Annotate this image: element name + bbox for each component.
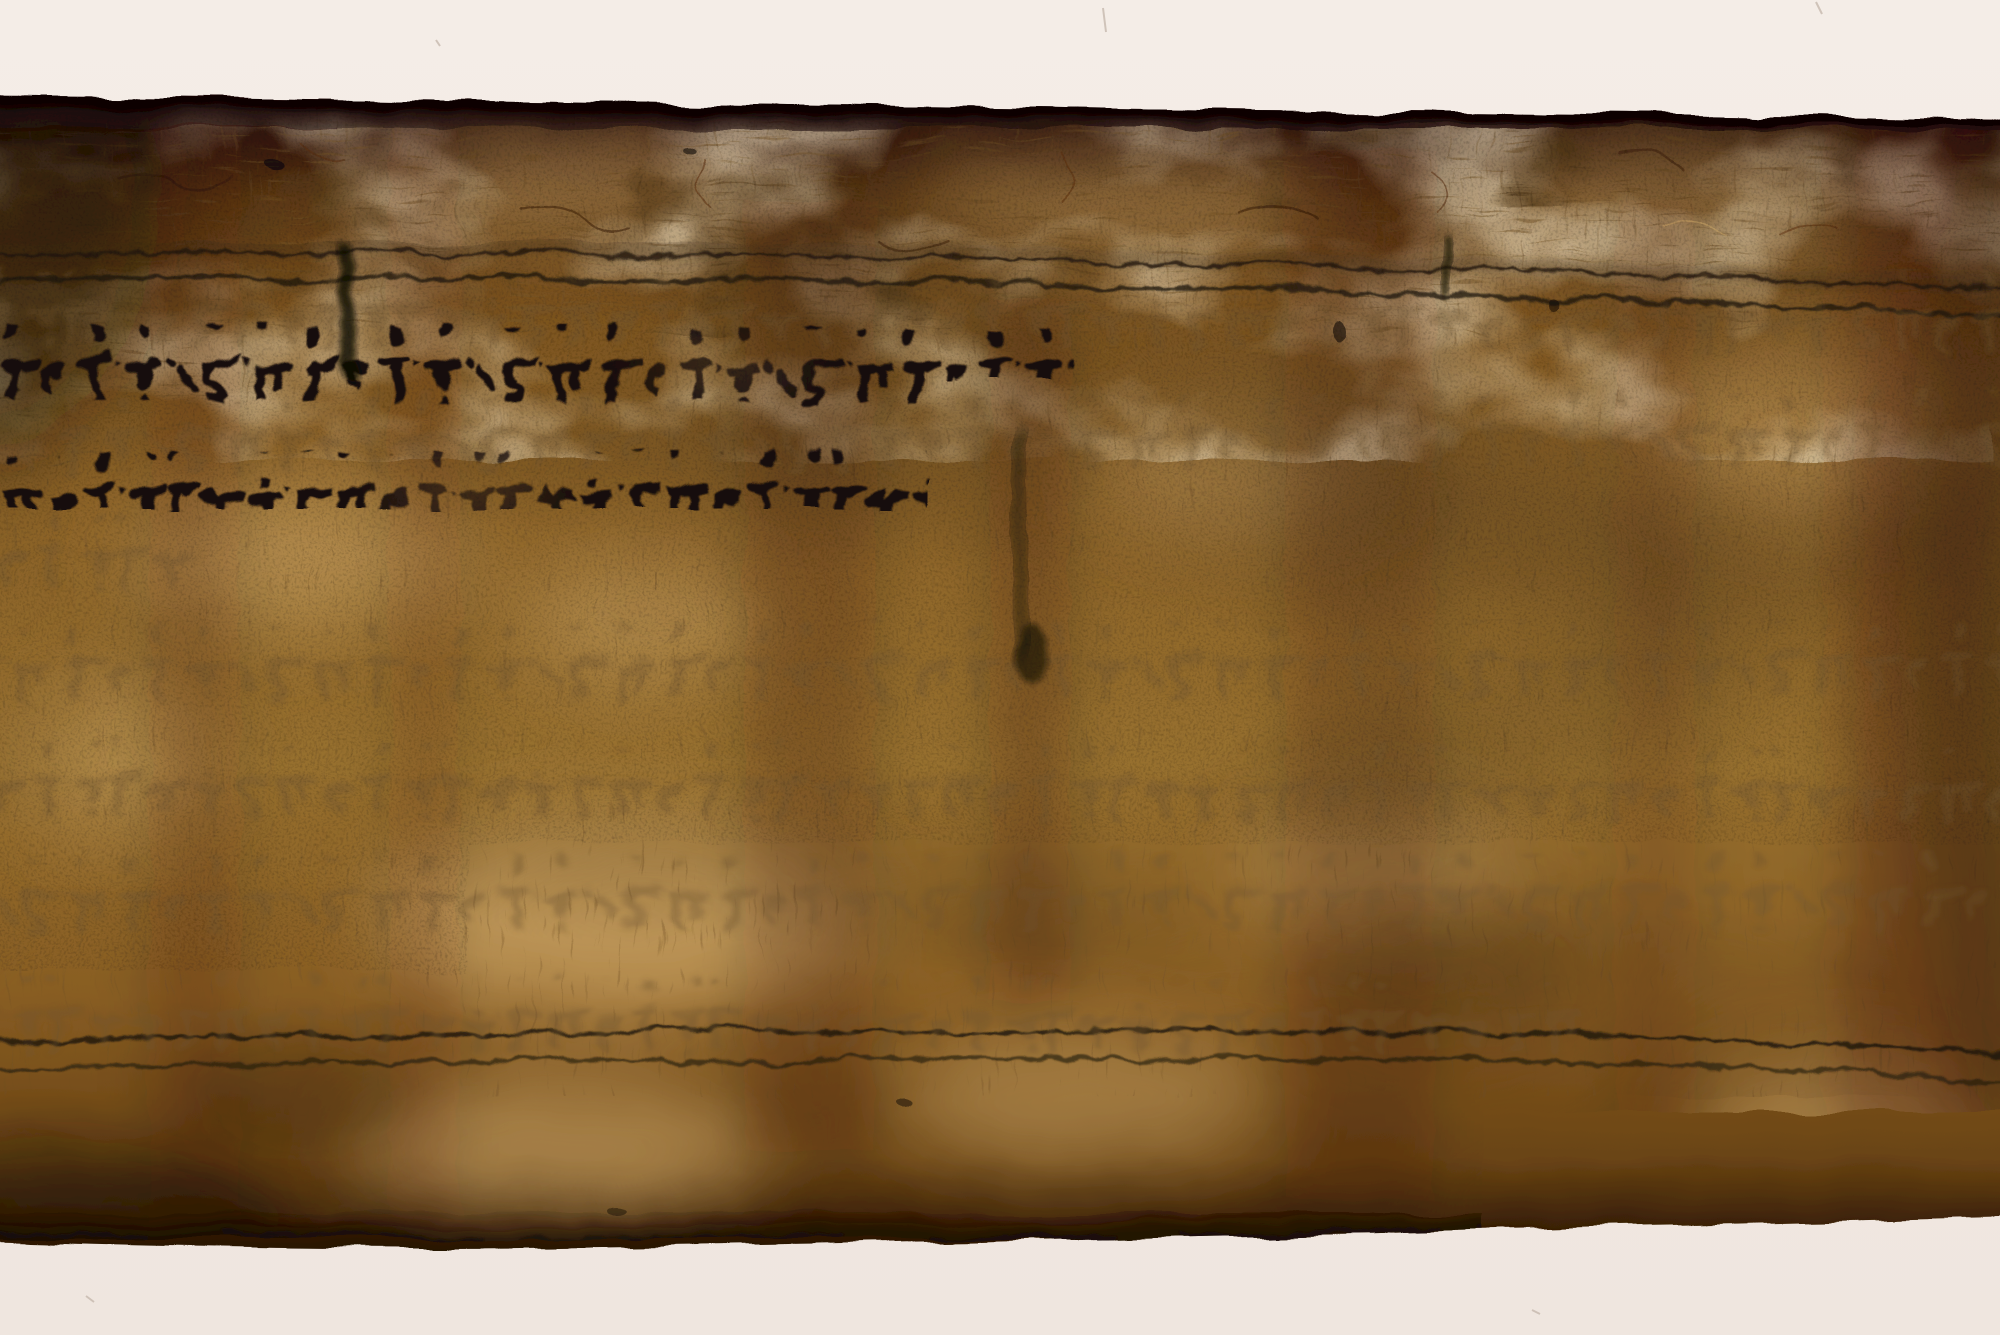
photo-grain bbox=[0, 80, 2000, 1260]
paper-sheet bbox=[0, 0, 2000, 1320]
manuscript-photograph: Backlit photograph of a wide horizontal … bbox=[0, 0, 2000, 1335]
manuscript-photo-canvas bbox=[0, 0, 2000, 1335]
